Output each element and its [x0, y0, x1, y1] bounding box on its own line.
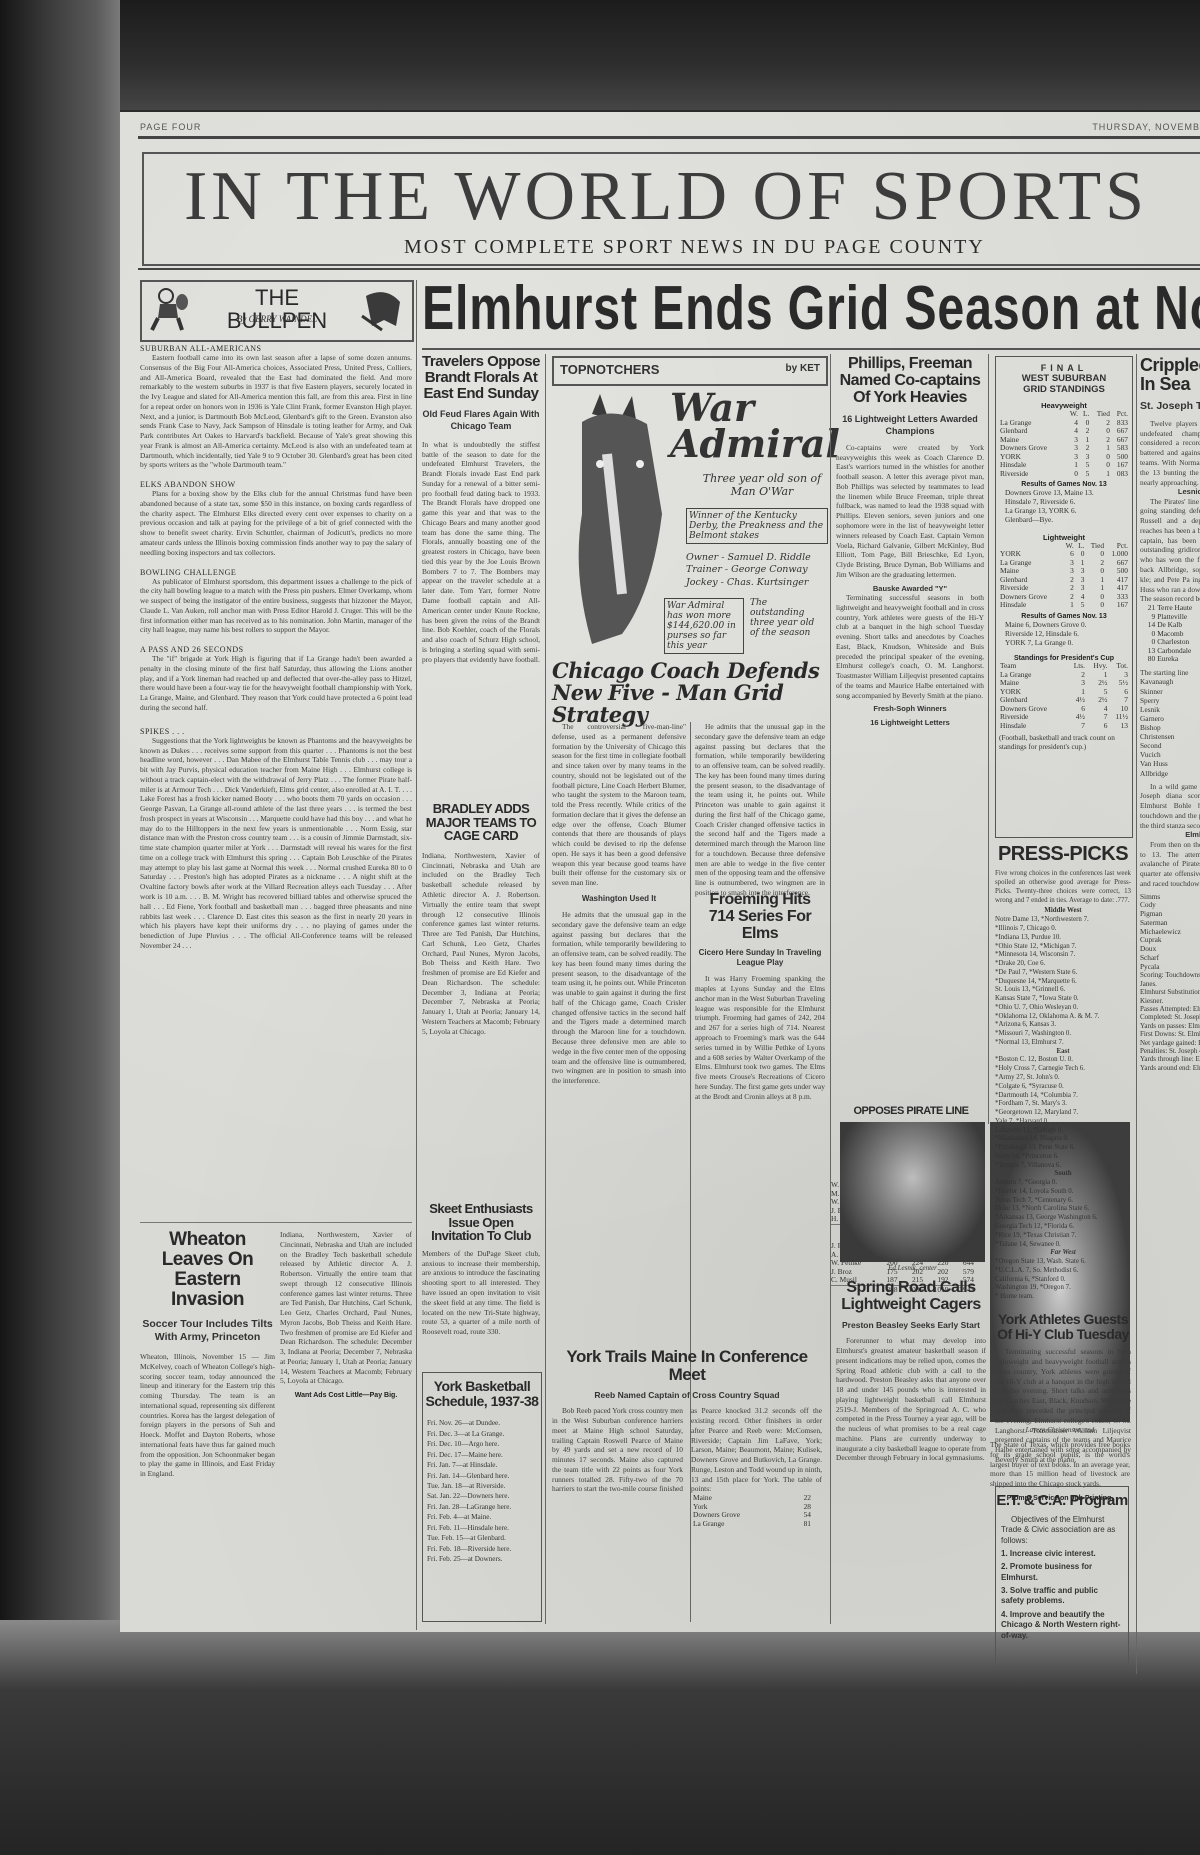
wheaton-text-cont: Indiana, Northwestern, Xavier of Cincinn… [280, 1230, 412, 1386]
column-rule [545, 354, 546, 1624]
skeet-headline: Skeet Enthusiasts Issue Open Invitation … [422, 1202, 540, 1243]
schedule-row: Fri. Jan. 14—Glenbard here. [427, 1471, 537, 1481]
schedule-row: Fri. Feb. 25—at Downers. [427, 1554, 537, 1564]
top-rule [138, 136, 1200, 139]
table-row: Hinsdale150167 [999, 601, 1129, 610]
folio-left: PAGE FOUR [140, 122, 201, 132]
lineup-list: KavanaughSkinnerSperryLesnikGarneroBisho… [1140, 677, 1200, 777]
bullpen-header-box: THE BULLPEN By GERRY WAINDEL [140, 280, 414, 342]
chicago-coach-text: The controversial "five-man-line" defens… [552, 722, 686, 888]
region-label: East [995, 1048, 1131, 1057]
crippled-subhead: Lesnick Outstanding [1140, 487, 1200, 496]
froeming-deck: Cicero Here Sunday In Traveling League P… [695, 948, 825, 968]
froeming-text: It was Harry Froeming spanking the maple… [695, 974, 825, 1101]
folio-right: THURSDAY, NOVEMB [1092, 122, 1200, 132]
crippled-text: Twelve players Normal Saturday Hancock's… [1140, 419, 1200, 487]
press-picks-footnote: * Home team. [995, 1293, 1131, 1302]
etca-item: 3. Solve traffic and public safety probl… [1001, 1586, 1123, 1607]
schedule-row: Fri. Feb. 18—Riverside here. [427, 1544, 537, 1554]
region-label: Far West [995, 1249, 1131, 1258]
lightweight-table: W.L.TiedPct. YORK6001.000 La Grange31266… [999, 542, 1129, 610]
york-athletes-headline: York Athletes Guests Of Hi-Y Club Tuesda… [995, 1312, 1131, 1341]
horse-outstanding-callout: The outstanding three year old of the se… [750, 598, 824, 638]
bullpen-section-head: BOWLING CHALLENGE [140, 568, 412, 577]
heavyweight-results-label: Results of Games Nov. 13 [999, 481, 1129, 488]
phillips-story: Phillips, Freeman Named Co-captains Of Y… [836, 356, 984, 727]
bullpen-section-head: ELKS ABANDON SHOW [140, 480, 412, 489]
wheaton-story: Wheaton Leaves On Eastern Invasion Socce… [140, 1230, 275, 1479]
schedule-row: Fri. Jan. 7—at Hinsdale. [427, 1460, 537, 1470]
phillips-text-cont: Terminating successful seasons in both l… [836, 593, 984, 700]
bullpen-title: THE BULLPEN [202, 286, 352, 332]
region-label: Middle West [995, 907, 1131, 916]
york-trails-text: Bob Reeb paced York cross country men in… [552, 1406, 822, 1494]
horse-winnings-callout: War Admiral has won more $144,620.00 in … [664, 598, 744, 654]
press-picks: PRESS-PICKS Five wrong choices in the co… [995, 844, 1131, 1302]
lightweight-results-label: Results of Games Nov. 13 [999, 613, 1129, 620]
york-trails-deck: Reeb Named Captain of Cross Country Squa… [552, 1390, 822, 1401]
skeet-story: Skeet Enthusiasts Issue Open Invitation … [422, 1202, 540, 1337]
schedule-row: Fri. Jan. 28—LaGrange here. [427, 1502, 537, 1512]
travelers-deck: Old Feud Flares Again With Chicago Team [422, 409, 540, 432]
press-picks-intro: Five wrong choices in the conferences la… [995, 869, 1131, 905]
spring-road-text: Forerunner to what may develop into Elmh… [836, 1336, 986, 1463]
bullpen-section-text: Plans for a boxing show by the Elks club… [140, 489, 412, 557]
game-text: In a wild game rates close their Saturda… [1140, 782, 1200, 831]
heavyweight-results: Downers Grove 13, Maine 13. Hinsdale 7, … [999, 488, 1129, 524]
table-row: 80Eureka [1140, 655, 1200, 664]
york-basketball-headline: York Basketball Schedule, 1937-38 [423, 1379, 541, 1408]
etca-program-box: E.T. & C.A. Program Objectives of the El… [995, 1486, 1129, 1666]
spring-road-headline: Spring Road Calls Lightweight Cagers [836, 1280, 986, 1314]
crippled-deck: St. Joseph T In Last [1140, 400, 1200, 413]
bullpen-section-head: SPIKES . . . [140, 727, 412, 736]
bradley-story: BRADLEY ADDS MAJOR TEAMS TO CAGE CARD In… [422, 802, 540, 1036]
phillips-subhead: 16 Lightweight Letters [836, 718, 984, 727]
chicago-coach-headline: Chicago Coach Defends New Five - Man Gri… [552, 660, 832, 726]
froeming-headline: Froeming Hits 714 Series For Elms [695, 892, 825, 942]
box-score-names: SimmsCodyPigmanSatermanMichaelewiczCupra… [1140, 893, 1200, 972]
masthead: IN THE WORLD OF SPORTS MOST COMPLETE SPO… [142, 152, 1200, 266]
ed-lesnik-caption: Ed Lesnik, center [840, 1264, 985, 1272]
column-divider [140, 1222, 412, 1223]
chicago-coach-col1: The controversial "five-man-line" defens… [552, 722, 686, 1086]
schedule-row: Tue. Jan. 18—at Riverside. [427, 1481, 537, 1491]
crippled-headline: Crippled Shoot T In Sea [1140, 356, 1200, 394]
region-label: South [995, 1170, 1131, 1179]
table-row: La Grange81 [692, 1520, 812, 1529]
banner-headline: Elmhurst Ends Grid Season at Nor [422, 276, 1046, 341]
phillips-text: Co-captains were created by York heavywe… [836, 443, 984, 580]
heavyweight-table: W.L.TiedPct. La Grange402833 Glenbard420… [999, 410, 1129, 478]
scan-border-top [0, 0, 1200, 110]
catcher-cartoon-icon [148, 286, 198, 336]
banner-rule [422, 348, 1200, 350]
column-rule [1136, 354, 1137, 1674]
column-rule [988, 354, 989, 1124]
chicago-coach-text: He admits that the unusual gap in the se… [552, 910, 686, 1086]
wheaton-continued: Indiana, Northwestern, Xavier of Cincinn… [280, 1230, 412, 1399]
phillips-deck: 16 Lightweight Letters Awarded Champions [836, 414, 984, 437]
box-score-stats: Scoring: Touchdowns—Bohle, Dehnicke, Pea… [1140, 971, 1200, 1072]
schedule-row: Fri. Dec. 10—Argo here. [427, 1439, 537, 1449]
froeming-story: Froeming Hits 714 Series For Elms Cicero… [695, 892, 825, 1101]
york-basketball-schedule: Fri. Nov. 26—at Dundee. Fri. Dec. 3—at L… [427, 1418, 537, 1564]
lightweight-results: Maine 6, Downers Grove 0. Riverside 12, … [999, 620, 1129, 647]
schedule-row: Fri. Feb. 11—Hinsdale here. [427, 1523, 537, 1533]
travelers-story: Travelers Oppose Brandt Florals At East … [422, 354, 540, 664]
presidents-cup-table: TeamLts.Hvy.Tot. La Grange213 Maine32½5½… [999, 662, 1129, 730]
bullpen-byline: By GERRY WAINDEL [202, 314, 352, 324]
masthead-subtitle: MOST COMPLETE SPORT NEWS IN DU PAGE COUN… [404, 236, 985, 259]
wheaton-text: Wheaton, Illinois, November 15 — Jim McK… [140, 1352, 275, 1479]
bullpen-section-text: Suggestions that the York lightweights b… [140, 736, 412, 951]
topnotchers-label-box: TOPNOTCHERS by KET [552, 356, 828, 386]
chicago-coach-col2: He admits that the unusual gap in the se… [695, 722, 825, 898]
horse-head-icon [552, 394, 672, 654]
spring-road-deck: Preston Beasley Seeks Early Start [836, 1320, 986, 1331]
ed-lesnik-photo [840, 1122, 985, 1262]
masthead-title: IN THE WORLD OF SPORTS [184, 162, 1148, 232]
schedule-row: Sat. Jan. 22—Downers here. [427, 1491, 537, 1501]
topnotchers-cartoon: War Admiral Three year old son of Man O'… [552, 384, 828, 654]
schedule-row: Tue. Feb. 15—at Glenbard. [427, 1533, 537, 1543]
lineup-label: The starting line [1140, 668, 1200, 678]
lightweight-label: Lightweight [999, 533, 1129, 542]
horse-owner: Owner - Samuel D. Riddle [686, 552, 826, 564]
spring-road-story: Spring Road Calls Lightweight Cagers Pre… [836, 1280, 986, 1463]
bullpen-section-head: A PASS AND 26 SECONDS [140, 645, 412, 654]
batter-cartoon-icon [356, 286, 406, 336]
bullpen-section-text: As publicator of Elmhurst sportsdom, thi… [140, 577, 412, 636]
etca-body: Objectives of the Elmhurst Trade & Civic… [996, 1509, 1128, 1641]
york-trails-story: York Trails Maine In Conference Meet Ree… [552, 1348, 822, 1528]
york-athletes-story: York Athletes Guests Of Hi-Y Club Tuesda… [995, 1312, 1131, 1465]
etca-intro: Objectives of the Elmhurst Trade & Civic… [1001, 1515, 1123, 1546]
topnotchers-label: TOPNOTCHERS [560, 362, 659, 377]
chicago-coach-text-cont: He admits that the unusual gap in the se… [695, 722, 825, 898]
standings-body: Heavyweight W.L.TiedPct. La Grange402833… [996, 401, 1132, 751]
column-rule [416, 280, 417, 1630]
newspaper-page: PAGE FOUR THURSDAY, NOVEMB IN THE WORLD … [120, 112, 1200, 1632]
schedule-row: Fri. Nov. 26—at Dundee. [427, 1418, 537, 1428]
normal-season-table: 21Terre Haute 9Platteville 14De Kalb 0Ma… [1140, 604, 1200, 664]
masthead-rule [138, 268, 1200, 270]
schedule-row: Fri. Dec. 17—Maine here. [427, 1450, 537, 1460]
grid-standings-box: FINAL WEST SUBURBAN GRID STANDINGS Heavy… [995, 356, 1133, 838]
travelers-text: In what is undoubtedly the stiffest batt… [422, 440, 540, 665]
bradley-headline: BRADLEY ADDS MAJOR TEAMS TO CAGE CARD [422, 802, 540, 843]
phillips-subhead: Fresh-Soph Winners [836, 704, 984, 713]
wheaton-deck: Soccer Tour Includes Tilts With Army, Pr… [140, 1318, 275, 1344]
travelers-headline: Travelers Oppose Brandt Florals At East … [422, 354, 540, 401]
bullpen-section-text: Eastern football came into its own last … [140, 353, 412, 470]
phillips-headline: Phillips, Freeman Named Co-captains Of Y… [836, 356, 984, 406]
table-row: Maine22 [692, 1494, 812, 1503]
pirate-label: OPPOSES PIRATE LINE [836, 1106, 986, 1118]
crippled-text2: The Pirates' line all season has been wh… [1140, 497, 1200, 595]
schedule-row: Fri. Feb. 4—at Maine. [427, 1512, 537, 1522]
bradley-text: Indiana, Northwestern, Xavier of Cincinn… [422, 851, 540, 1037]
press-picks-headline: PRESS-PICKS [995, 844, 1131, 865]
york-athletes-text: Terminating successful seasons in both l… [995, 1347, 1131, 1464]
presidents-cup-note: (Football, basketball and track count on… [999, 733, 1129, 751]
horse-connections: Owner - Samuel D. Riddle Trainer - Georg… [686, 552, 826, 589]
table-row: Riverside051083 [999, 470, 1129, 479]
bullpen-section-text: The "if" brigade at York High is figurin… [140, 654, 412, 713]
york-basketball-box: York Basketball Schedule, 1937-38 Fri. N… [422, 1372, 542, 1622]
horse-trainer: Trainer - George Conway [686, 564, 826, 576]
skeet-text: Members of the DuPage Skeet club, anxiou… [422, 1249, 540, 1337]
topnotchers-byline: by KET [786, 363, 820, 374]
crippled-story: Crippled Shoot T In Sea St. Joseph T In … [1140, 356, 1200, 1666]
etca-headline: E.T. & C.A. Program [996, 1493, 1128, 1509]
etca-item: 1. Increase civic interest. [1001, 1549, 1123, 1559]
horse-lineage: Three year old son of Man O'War [702, 472, 822, 498]
horse-wins: Winner of the Kentucky Derby, the Preakn… [686, 508, 828, 544]
column-rule [830, 354, 831, 1624]
etca-item: 4. Improve and beautify the Chicago & No… [1001, 1610, 1123, 1641]
standings-title: FINAL WEST SUBURBAN GRID STANDINGS [996, 363, 1132, 395]
york-trails-headline: York Trails Maine In Conference Meet [552, 1348, 822, 1384]
want-ads-footer: Want Ads Cost Little—Pay Big. [280, 1392, 412, 1399]
etca-item: 2. Promote business for Elmhurst. [1001, 1562, 1123, 1583]
phillips-subhead: Bauske Awarded "Y" [836, 584, 984, 593]
schedule-row: Fri. Dec. 3—at La Grange. [427, 1429, 537, 1439]
table-row: Hinsdale7613 [999, 722, 1129, 731]
chicago-coach-subhead: Washington Used It [552, 894, 686, 904]
scan-border-left [0, 0, 120, 1855]
press-picks-list: Middle West Notre Dame 13, *Northwestern… [995, 907, 1131, 1301]
horse-jockey: Jockey - Chas. Kurtsinger [686, 577, 826, 589]
game-text2: From then on the defensive as the visito… [1140, 840, 1200, 889]
york-trails-points-table: Maine22 York28 Downers Grove54 La Grange… [692, 1494, 812, 1528]
elmhurst-scores-subhead: Elmhurst Scores [1140, 830, 1200, 839]
bullpen-section-head: SUBURBAN ALL-AMERICANS [140, 344, 412, 353]
bullpen-column: SUBURBAN ALL-AMERICANS Eastern football … [140, 344, 412, 951]
presidents-cup-label: Standings for President's Cup [999, 655, 1129, 662]
wheaton-headline: Wheaton Leaves On Eastern Invasion [140, 1230, 275, 1310]
horse-name: War Admiral [670, 390, 820, 462]
